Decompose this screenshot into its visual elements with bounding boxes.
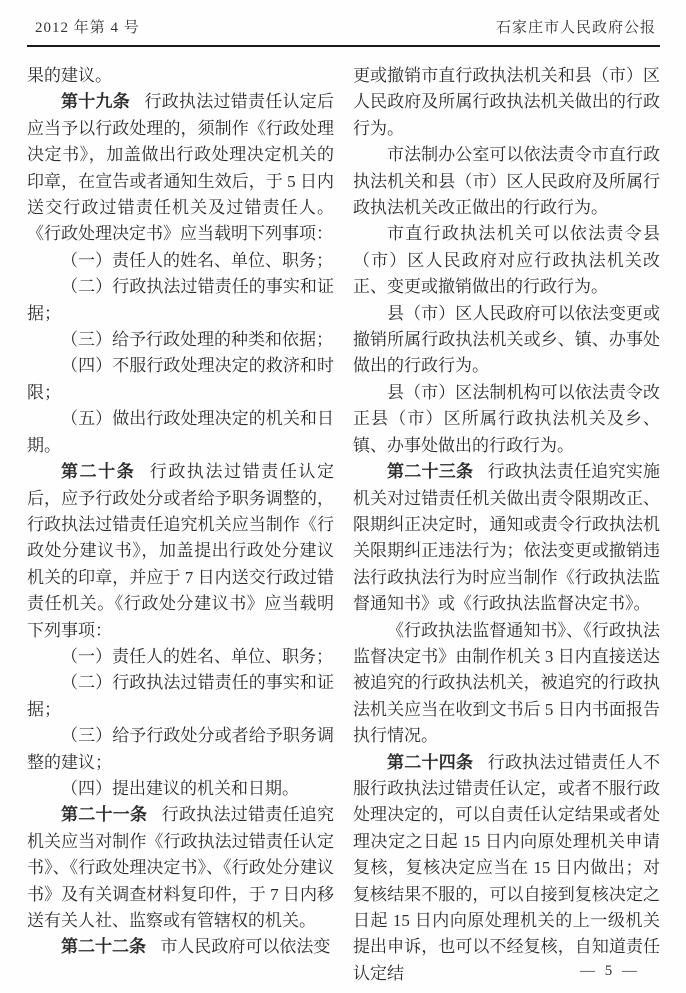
gazette-page: 2012 年第 4 号 石家庄市人民政府公报 果的建议。 第十九条行政执法过错责… [0,0,686,993]
paragraph-text: 行政执法过错责任人不服行政执法过错责任认定，或者不服行政处理决定的，可以自责任认… [353,753,660,983]
paragraph: 第二十条行政执法过错责任认定后，应予行政处分或者给予职务调整的，行政执法过错责任… [27,459,334,644]
paragraph: （三）给予行政处分或者给予职务调整的建议； [27,723,334,776]
paragraph: （一）责任人的姓名、单位、职务； [27,644,334,670]
paragraph-text: 行政执法过错责任认定后，应予行政处分或者给予职务调整的，行政执法过错责任追究机关… [27,462,334,639]
paragraph-text: （四）不服行政处理决定的救济和时限； [27,356,334,401]
paragraph: （二）行政执法过错责任的事实和证据； [27,670,334,723]
paragraph-text: （四）提出建议的机关和日期。 [61,779,299,798]
paragraph-text: 市直行政执法机关可以依法责令县（市）区人民政府对应行政执法机关改正、变更或撤销做… [353,224,660,296]
paragraph-text: 县（市）区法制机构可以依法责令改正县（市）区所属行政执法机关及乡、镇、办事处做出… [353,383,660,455]
paragraph-text: 更或撤销市直行政执法机关和县（市）区人民政府及所属行政执法机关做出的行政行为。 [353,66,660,138]
article-heading: 第二十四条 [387,753,473,772]
paragraph-text: （三）给予行政处理的种类和依据； [61,330,333,349]
paragraph-text: （三）给予行政处分或者给予职务调整的建议； [27,726,334,771]
paragraph-text: 行政执法过错责任追究机关应当对制作《行政执法过错责任认定书》、《行政处理决定书》… [27,805,334,930]
paragraph: （五）做出行政处理决定的机关和日期。 [27,406,334,459]
publication-title: 石家庄市人民政府公报 [496,16,656,37]
paragraph-text: 行政执法责任追究实施机关对过错责任机关做出责令限期改正、限期纠正决定时，通知或责… [353,462,660,613]
paragraph: 县（市）区人民政府可以依法变更或撤销所属行政执法机关或乡、镇、办事处做出的行政行… [353,301,660,380]
left-column: 果的建议。 第十九条行政执法过错责任认定后应当予以行政处理的，须制作《行政处理决… [27,63,334,987]
paragraph: 果的建议。 [27,63,334,89]
paragraph: 更或撤销市直行政执法机关和县（市）区人民政府及所属行政执法机关做出的行政行为。 [353,63,660,142]
paragraph-text: （一）责任人的姓名、单位、职务； [61,647,333,666]
paragraph: （四）不服行政处理决定的救济和时限； [27,353,334,406]
page-header: 2012 年第 4 号 石家庄市人民政府公报 [27,12,660,47]
paragraph: （一）责任人的姓名、单位、职务； [27,248,334,274]
paragraph: 市直行政执法机关可以依法责令县（市）区人民政府对应行政执法机关改正、变更或撤销做… [353,221,660,300]
issue-number: 2012 年第 4 号 [35,16,140,37]
article-heading: 第二十二条 [61,937,146,956]
right-column: 更或撤销市直行政执法机关和县（市）区人民政府及所属行政执法机关做出的行政行为。 … [353,63,660,987]
paragraph: （四）提出建议的机关和日期。 [27,776,334,802]
paragraph-text: 市人民政府可以依法变 [160,937,330,956]
paragraph-text: （一）责任人的姓名、单位、职务； [61,251,333,270]
document-body: 果的建议。 第十九条行政执法过错责任认定后应当予以行政处理的，须制作《行政处理决… [27,63,660,987]
paragraph: 第十九条行政执法过错责任认定后应当予以行政处理的，须制作《行政处理决定书》，加盖… [27,89,334,247]
paragraph-text: （二）行政执法过错责任的事实和证据； [27,673,334,718]
paragraph: 第二十一条行政执法过错责任追究机关应当对制作《行政执法过错责任认定书》、《行政处… [27,802,334,934]
page-number: — 5 — [580,963,640,980]
paragraph: （二）行政执法过错责任的事实和证据； [27,274,334,327]
paragraph: 第二十三条行政执法责任追究实施机关对过错责任机关做出责令限期改正、限期纠正决定时… [353,459,660,617]
article-heading: 第二十一条 [61,805,147,824]
paragraph-text: 行政执法过错责任认定后应当予以行政处理的，须制作《行政处理决定书》，加盖做出行政… [27,92,334,243]
paragraph-text: （五）做出行政处理决定的机关和日期。 [27,409,334,454]
paragraph-text: （二）行政执法过错责任的事实和证据； [27,277,334,322]
article-heading: 第二十三条 [387,462,473,481]
article-heading: 第十九条 [61,92,130,111]
paragraph: 县（市）区法制机构可以依法责令改正县（市）区所属行政执法机关及乡、镇、办事处做出… [353,380,660,459]
paragraph: 市法制办公室可以依法责令市直行政执法机关和县（市）区人民政府及所属行政执法机关改… [353,142,660,221]
paragraph: 第二十二条市人民政府可以依法变 [27,934,334,960]
paragraph-text: 市法制办公室可以依法责令市直行政执法机关和县（市）区人民政府及所属行政执法机关改… [353,145,660,217]
paragraph: （三）给予行政处理的种类和依据； [27,327,334,353]
paragraph-text: 《行政执法监督通知书》、《行政执法监督决定书》由制作机关 3 日内直接送达被追究… [353,621,660,746]
paragraph: 《行政执法监督通知书》、《行政执法监督决定书》由制作机关 3 日内直接送达被追究… [353,618,660,750]
article-heading: 第二十条 [61,462,135,481]
paragraph: 第二十四条行政执法过错责任人不服行政执法过错责任认定，或者不服行政处理决定的，可… [353,750,660,988]
paragraph-text: 县（市）区人民政府可以依法变更或撤销所属行政执法机关或乡、镇、办事处做出的行政行… [353,304,660,376]
paragraph-text: 果的建议。 [27,66,112,85]
